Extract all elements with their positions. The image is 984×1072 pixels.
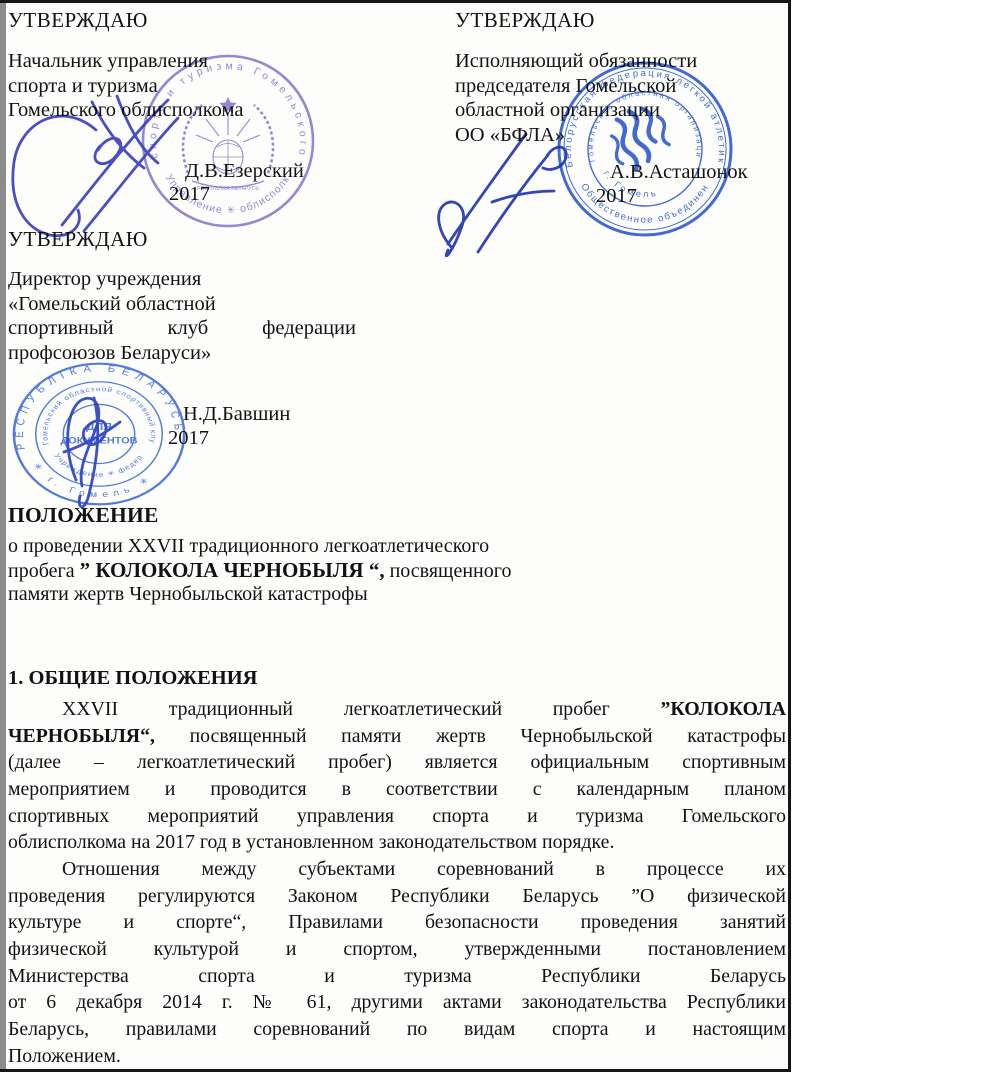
approval-1-line: Гомельского облисполкома (8, 98, 338, 123)
approval-3-line: «Гомельский областной (8, 292, 356, 317)
approval-3-line: Директор учреждения (8, 267, 356, 292)
approval-1-year: 2017 (169, 183, 210, 206)
stamp-sports-club-for-documents: РЕСПУБЛІКА БЕЛАРУСЬ ✳ г. Гомель ✳ Гомель… (13, 363, 185, 504)
stamp-center-text: ДОКУМЕНТОВ (60, 436, 137, 446)
paragraph-2-line: Отношения между субъектами соревнований … (8, 858, 786, 885)
stamp-outer-ring (14, 364, 184, 505)
approval-3-signatory-name: Н.Д.Бавшин (183, 403, 290, 426)
scanned-document-page: УТВЕРЖДАЮ Начальник управления спорта и … (0, 0, 984, 1072)
approval-1-lines: Начальник управления спорта и туризма Го… (8, 49, 338, 123)
paragraph-2-line: проведения регулируются Законом Республи… (8, 885, 786, 912)
approval-3-year: 2017 (168, 427, 209, 450)
paragraph-2-line: Министерства спорта и туризма Республики… (8, 965, 786, 992)
approval-3-line: профсоюзов Беларуси» (8, 341, 356, 366)
approval-1-line: спорта и туризма (8, 74, 338, 99)
paragraph-1-line: (далее – легкоатлетический пробег) являе… (8, 751, 786, 778)
paragraph-1-line: спортивных мероприятий управления спорта… (8, 805, 786, 832)
approval-1-line: Начальник управления (8, 49, 338, 74)
approval-1-header: УТВЕРЖДАЮ (8, 8, 148, 33)
paragraph-2-line: физической культурой и спортом, утвержде… (8, 938, 786, 965)
stamp-ring-text: ✳ г. Гомель ✳ (30, 461, 156, 500)
approval-2-year: 2017 (596, 185, 637, 208)
paragraph-2-line: Беларусь, правилами соревнований по вида… (8, 1018, 786, 1045)
approval-1-signatory-name: Д.В.Езерский (185, 160, 304, 183)
paragraph-1-line: XXVII традиционный легкоатлетический про… (8, 698, 786, 725)
approval-2-signatory-name: А.В.Асташонок (610, 161, 748, 184)
scan-background-right (791, 0, 984, 1072)
stamp-center-text: ДЛЯ (86, 422, 112, 433)
approval-2-line: ОО «БФЛА» (455, 123, 785, 148)
section-1-body: XXVII традиционный легкоатлетический про… (8, 698, 786, 1071)
document-subtitle: о проведении XXVII традиционного легкоат… (8, 535, 608, 607)
section-1-heading: 1. ОБЩИЕ ПОЛОЖЕНИЯ (8, 667, 257, 690)
paragraph-2-line: культуре и спорте“, Правилами безопаснос… (8, 911, 786, 938)
approval-2-lines: Исполняющий обязанности председателя Гом… (455, 49, 785, 147)
page-border-right (788, 0, 791, 1072)
approval-2-line: областной организации (455, 98, 785, 123)
subtitle-line: пробега ” КОЛОКОЛА ЧЕРНОБЫЛЯ “, посвящен… (8, 559, 608, 584)
subtitle-line: памяти жертв Чернобыльской катастрофы (8, 583, 608, 607)
signature-astashonok (439, 134, 567, 256)
subtitle-bold-race-name: ” КОЛОКОЛА ЧЕРНОБЫЛЯ “, (80, 558, 385, 582)
paragraph-1-line: мероприятием и проводится в соответствии… (8, 778, 786, 805)
approval-2-header: УТВЕРЖДАЮ (455, 8, 595, 33)
stamp-ring-text: Учреждение ✳ федерации профсоюзов (52, 428, 145, 479)
page-border-top (0, 0, 791, 3)
stamp-ring-text: Гомельский областной спортивный клуб (40, 385, 159, 446)
approval-3-lines: Директор учреждения «Гомельский областно… (8, 267, 356, 365)
scan-edge-left (0, 0, 6, 1072)
document-title: ПОЛОЖЕНИЕ (8, 503, 159, 528)
approval-2-line: Исполняющий обязанности (455, 49, 785, 74)
approval-3-line: спортивный клуб федерации (8, 316, 356, 341)
approval-2-line: председателя Гомельской (455, 74, 785, 99)
paragraph-1-line: облисполкома на 2017 год в установленном… (8, 831, 786, 858)
paragraph-1-line: ЧЕРНОБЫЛЯ“, посвященный памяти жертв Чер… (8, 725, 786, 752)
stamp-middle-ring (36, 382, 163, 487)
paragraph-2-line: от 6 декабря 2014 г. № 61, другими актам… (8, 991, 786, 1018)
signature-bavshin (64, 398, 120, 507)
stamp-center-ring (63, 405, 134, 464)
stamp-ring-text: РЕСПУБЛІКА БЕЛАРУСЬ (13, 363, 185, 451)
paragraph-2-line: Положением. (8, 1045, 786, 1072)
approval-3-header: УТВЕРЖДАЮ (8, 227, 148, 252)
subtitle-line: о проведении XXVII традиционного легкоат… (8, 535, 608, 559)
